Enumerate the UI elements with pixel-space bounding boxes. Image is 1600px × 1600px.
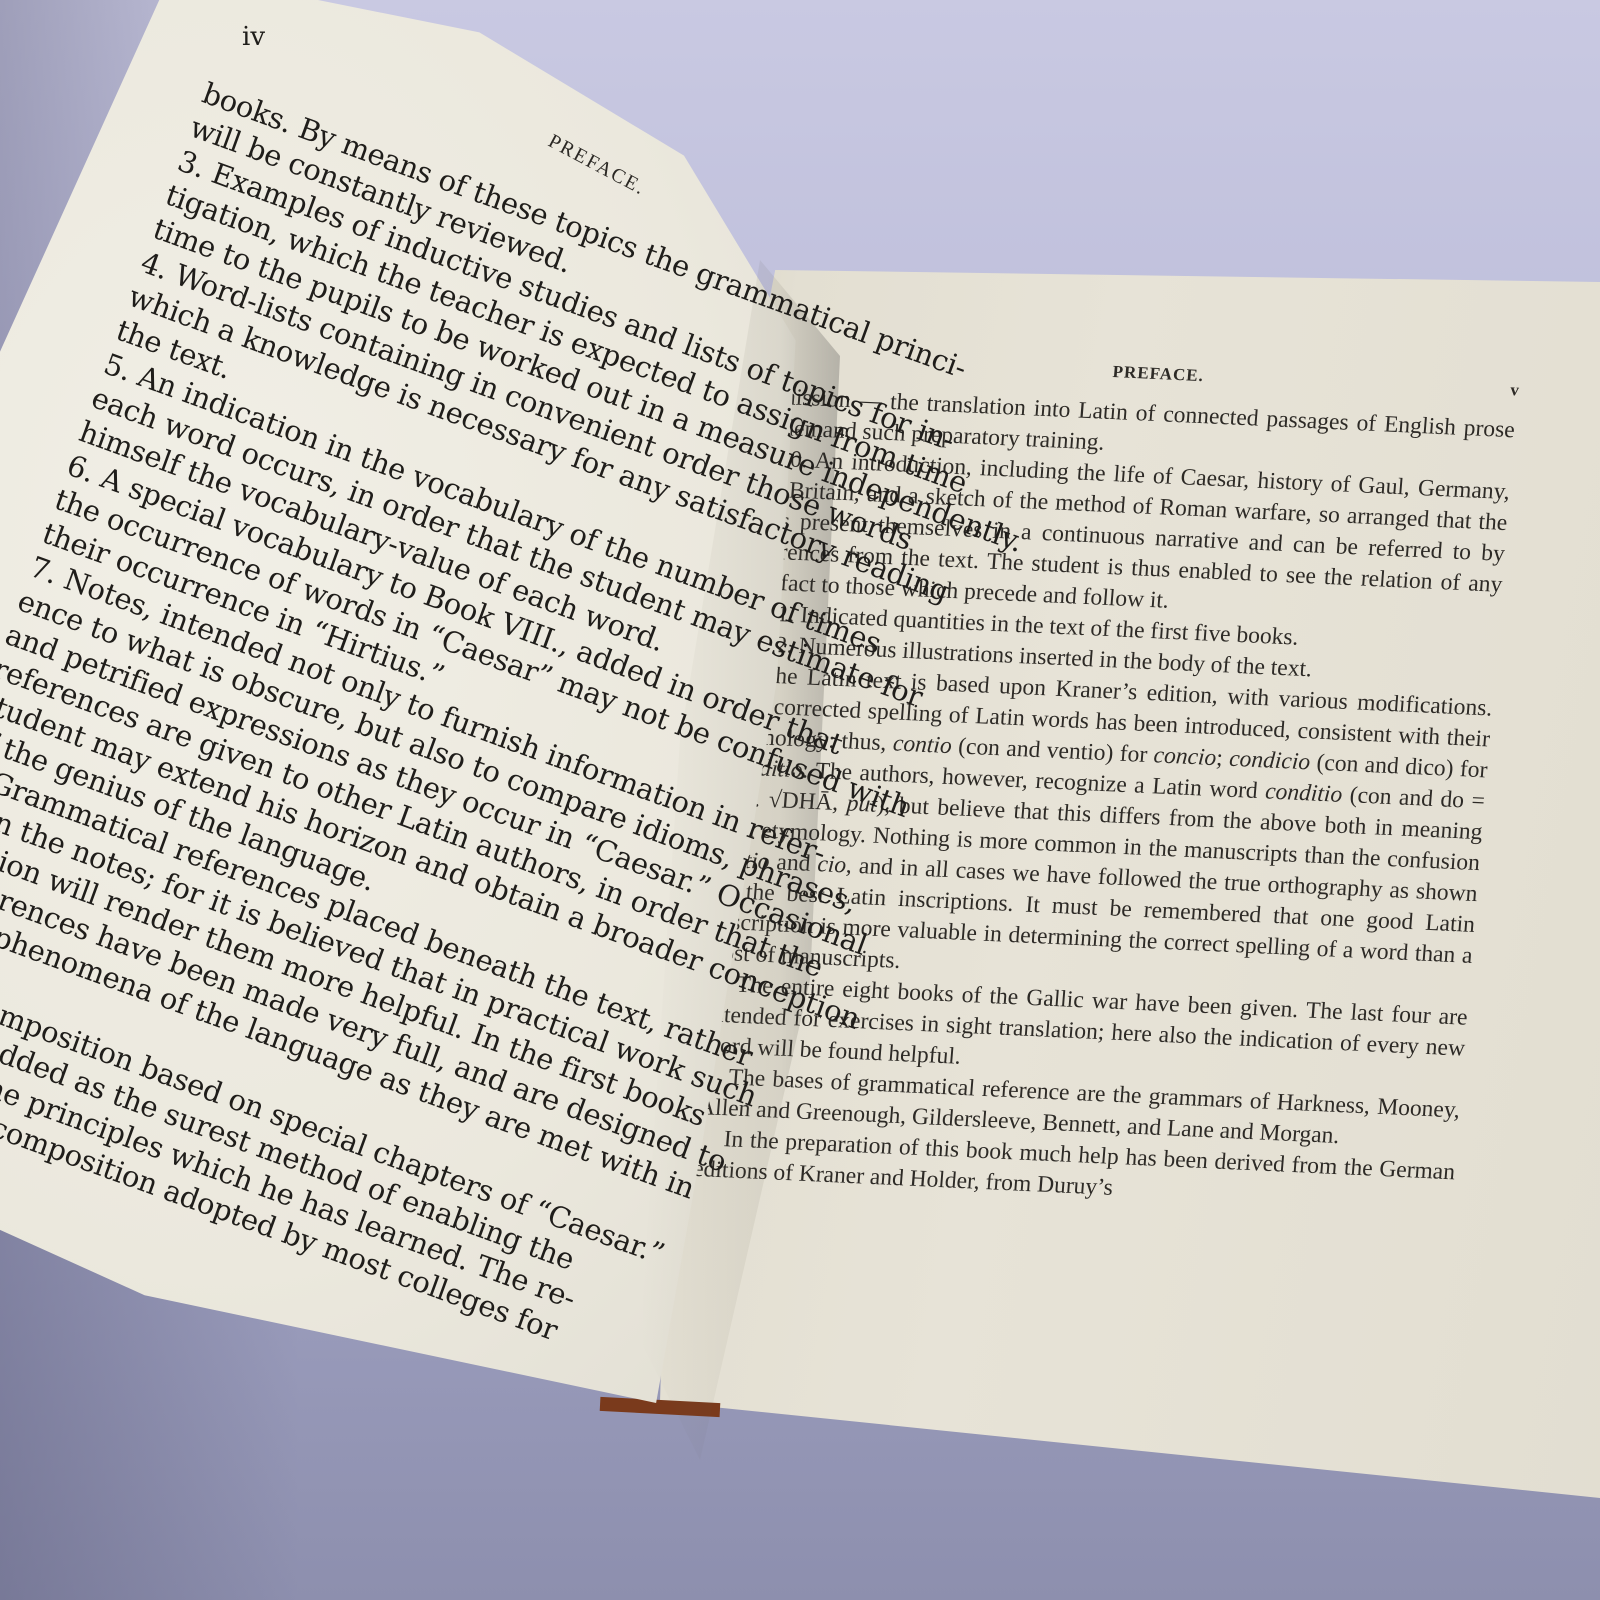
page-number-left: iv <box>242 22 265 52</box>
